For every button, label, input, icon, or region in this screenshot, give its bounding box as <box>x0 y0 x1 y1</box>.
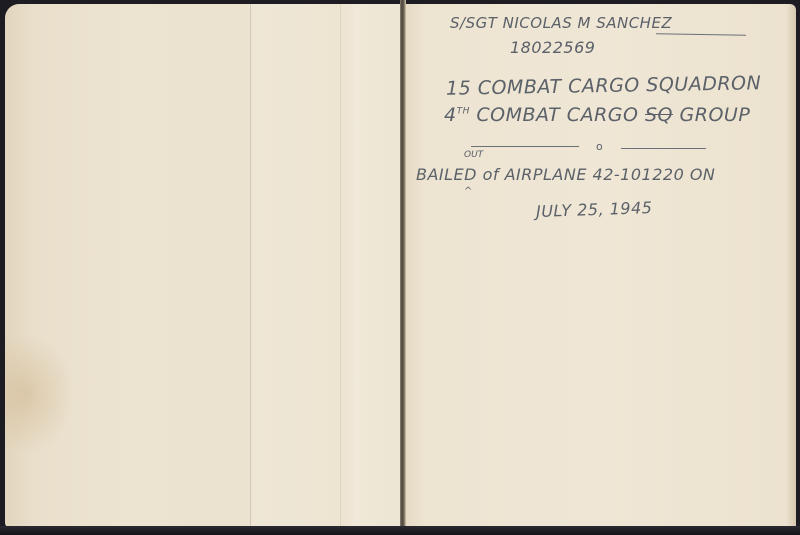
age-stain <box>5 334 75 454</box>
handwritten-note: S/SGT NICOLAS M SANCHEZ 18022569 15 COMB… <box>406 0 800 535</box>
left-page <box>5 4 403 527</box>
divider-mark: o <box>596 140 603 153</box>
squadron: 15 COMBAT CARGO SQUADRON <box>446 72 762 99</box>
group-name: COMBAT CARGO <box>470 104 645 126</box>
divider-line <box>621 148 706 149</box>
open-notebook: S/SGT NICOLAS M SANCHEZ 18022569 15 COMB… <box>0 0 800 535</box>
group-label: GROUP <box>673 104 750 126</box>
page-fold-line <box>340 4 341 527</box>
group-number: 4 <box>444 104 457 126</box>
insertion-caret: ^ <box>464 186 472 197</box>
struck-text: SQ <box>645 104 673 126</box>
page-fold-line <box>250 4 251 527</box>
divider-line <box>471 146 579 147</box>
ordinal-suffix: TH <box>457 107 470 117</box>
underline <box>656 33 746 36</box>
group: 4TH COMBAT CARGO SQ GROUP <box>444 104 750 126</box>
bailout-date: JULY 25, 1945 <box>536 198 653 221</box>
bailout-statement: BAILED of AIRPLANE 42-101220 ON <box>416 165 715 184</box>
soldier-name: S/SGT NICOLAS M SANCHEZ <box>450 14 672 32</box>
inserted-word: OUT <box>464 150 483 160</box>
service-number: 18022569 <box>510 38 595 57</box>
